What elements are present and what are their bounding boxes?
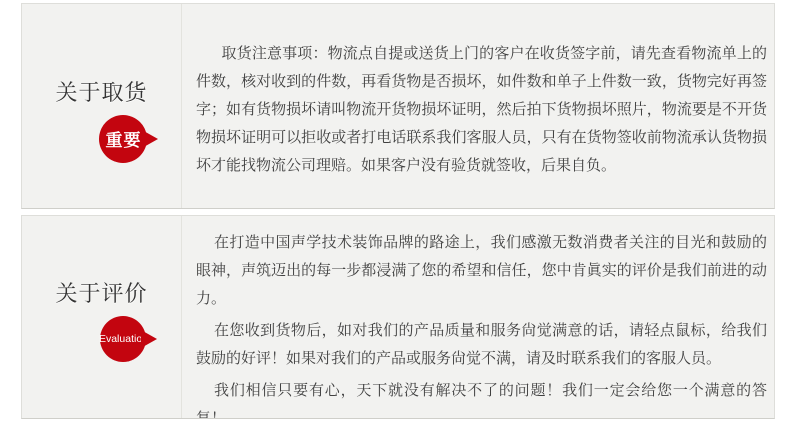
review-label-column: 关于评价 Evaluation <box>22 216 182 418</box>
pickup-label-column: 关于取货 重要 <box>22 4 182 208</box>
review-notice-text: 在打造中国声学技术装饰品牌的路途上，我们感激无数消费者关注的目光和鼓励的眼神，声… <box>182 216 774 418</box>
notice-section: 关于取货 重要 取货注意事项：物流点自提或送货上门的客户在收货签字前，请先查看物… <box>0 0 790 419</box>
review-paragraph-brand: 在打造中国声学技术装饰品牌的路途上，我们感激无数消费者关注的目光和鼓励的眼神，声… <box>196 229 767 313</box>
panel-about-pickup: 关于取货 重要 取货注意事项：物流点自提或送货上门的客户在收货签字前，请先查看物… <box>21 3 775 209</box>
review-label-group: 关于评价 Evaluation <box>55 277 147 362</box>
pickup-notice-paragraph: 取货注意事项：物流点自提或送货上门的客户在收货签字前，请先查看物流单上的件数，核… <box>196 40 767 180</box>
pickup-notice-text: 取货注意事项：物流点自提或送货上门的客户在收货签字前，请先查看物流单上的件数，核… <box>182 4 774 208</box>
important-speech-bubble-icon: 重要 <box>99 115 147 163</box>
pickup-section-title: 关于取货 <box>55 76 147 107</box>
review-paragraph-promise: 我们相信只要有心，天下就没有解决不了的问题！我们一定会给您一个满意的答复！ <box>196 377 767 418</box>
evaluation-speech-bubble-icon: Evaluation <box>100 316 146 362</box>
evaluation-badge-label: Evaluation <box>99 333 148 345</box>
panel-about-review: 关于评价 Evaluation 在打造中国声学技术装饰品牌的路途上，我们感激无数… <box>21 215 775 419</box>
important-badge-label: 重要 <box>105 126 141 151</box>
pickup-label-group: 关于取货 重要 <box>55 76 147 163</box>
review-section-title: 关于评价 <box>55 277 147 308</box>
review-paragraph-feedback: 在您收到货物后，如对我们的产品质量和服务尙觉满意的话，请轻点鼠标，给我们鼓励的好… <box>196 317 767 373</box>
